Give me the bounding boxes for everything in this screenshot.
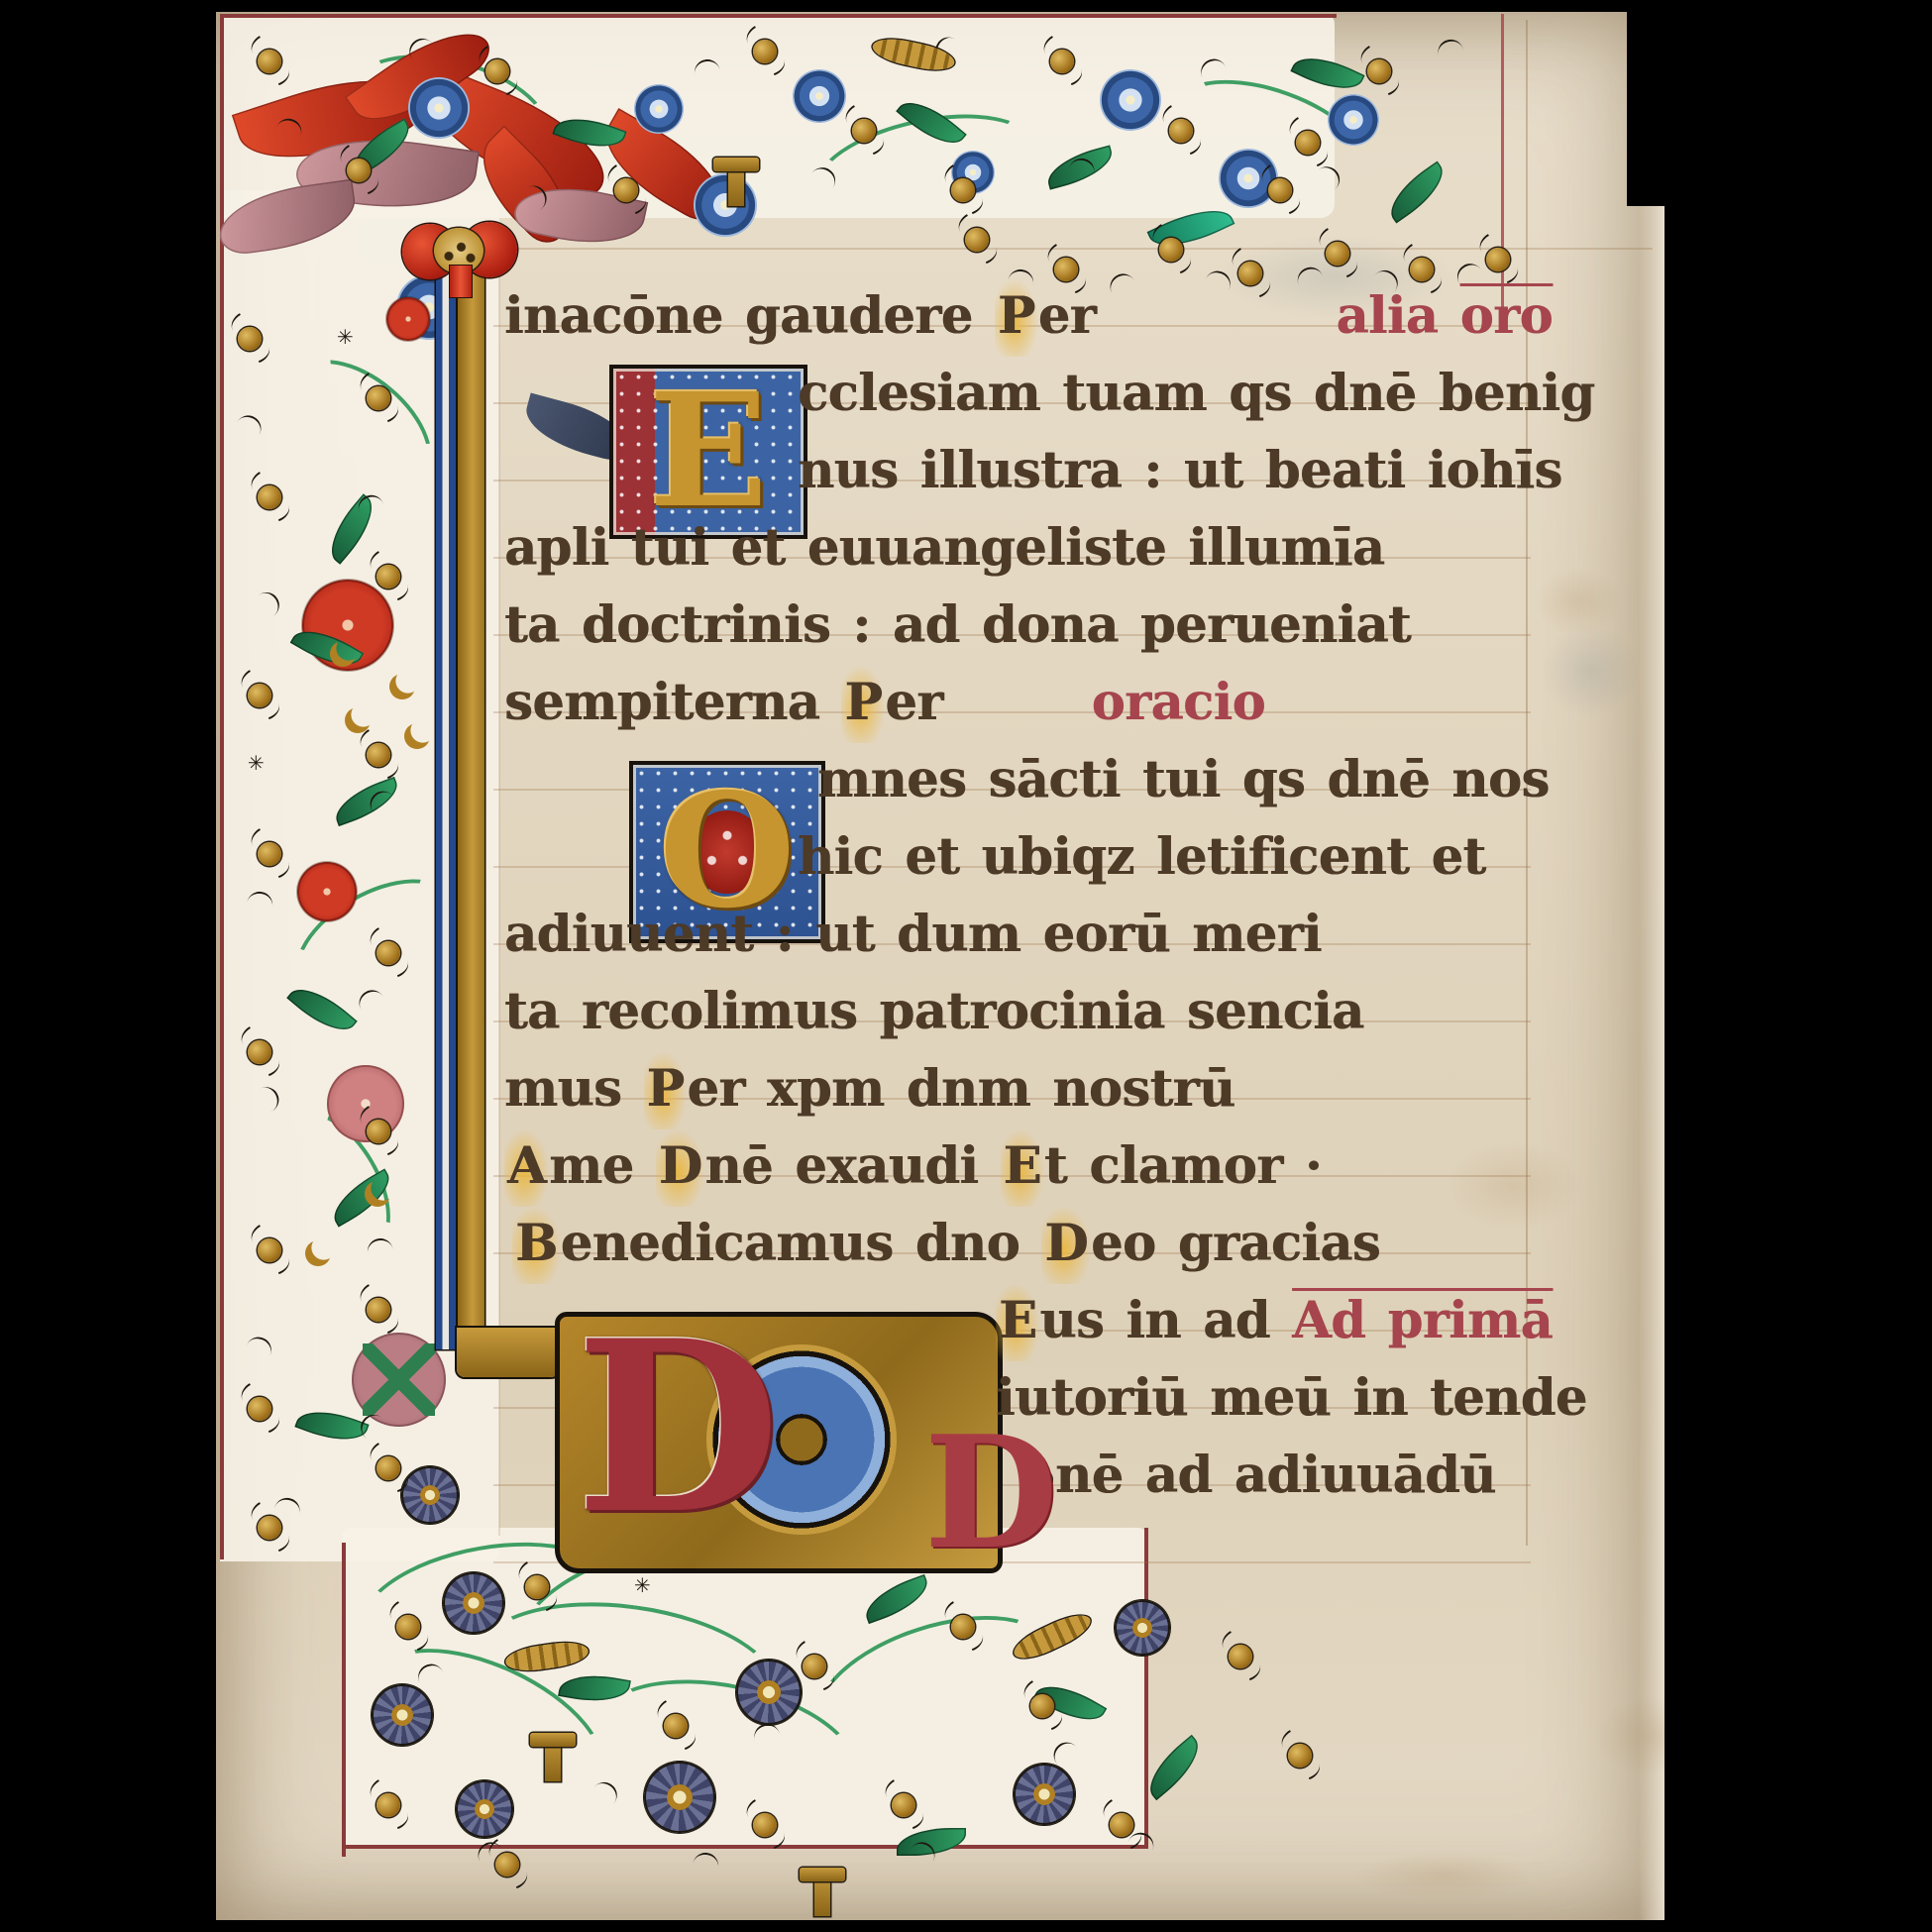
decoration-fv bbox=[644, 1762, 715, 1833]
latin-text: mnes sācti tui qs dnē nos bbox=[817, 743, 1550, 820]
border-frame-line-bottom-right bbox=[1144, 1528, 1148, 1849]
text-line: iutoriū meū in tende bbox=[500, 1361, 1553, 1439]
decoration-cu bbox=[693, 1851, 720, 1871]
decoration-sn bbox=[1593, 1696, 1664, 1775]
text-line: Benedicamus dno Deo gracias bbox=[500, 1207, 1553, 1284]
decoration-bz bbox=[753, 1813, 777, 1837]
decoration-bz bbox=[1288, 1744, 1312, 1768]
decoration-bz bbox=[367, 1120, 390, 1143]
decoration-ta bbox=[545, 1736, 561, 1781]
decoration-bz bbox=[485, 59, 509, 83]
decoration-bz bbox=[1296, 131, 1320, 155]
latin-text: nē exaudi bbox=[704, 1129, 1000, 1207]
latin-text: iutoriū meū in tende bbox=[996, 1361, 1587, 1439]
text-line: Eus in adAd primā bbox=[500, 1284, 1553, 1361]
latin-text: D bbox=[1041, 1207, 1091, 1284]
text-line: mus Per xpm dnm nostrū bbox=[500, 1052, 1553, 1129]
decoration-bz bbox=[258, 1516, 281, 1540]
latin-text: A bbox=[504, 1129, 549, 1207]
decoration-cr bbox=[330, 641, 356, 667]
decoration-cr bbox=[404, 723, 430, 749]
text-line: hic et ubiqz letificent et bbox=[500, 820, 1553, 898]
cup-stem bbox=[450, 266, 472, 297]
decoration-bz bbox=[1159, 238, 1183, 262]
latin-text: E bbox=[1001, 1129, 1044, 1207]
decoration-fv bbox=[1014, 1764, 1075, 1825]
decoration-bz bbox=[525, 1575, 549, 1599]
latin-text: mus bbox=[504, 1052, 644, 1129]
latin-text: er xpm dnm nostrū bbox=[687, 1052, 1234, 1129]
rubric-text: oro bbox=[1460, 279, 1553, 357]
decoration-bz bbox=[1054, 258, 1078, 281]
text-line: nē ad adiuuādū bbox=[500, 1439, 1553, 1516]
decoration-sn bbox=[1355, 1851, 1534, 1900]
decoration-bz bbox=[614, 178, 638, 202]
latin-text: eo gracias bbox=[1091, 1207, 1380, 1284]
decoration-bz bbox=[376, 1793, 400, 1817]
latin-text: B bbox=[512, 1207, 561, 1284]
text-line: nus illustra : ut beati iohīs bbox=[500, 434, 1553, 511]
decoration-ta bbox=[814, 1871, 830, 1916]
decoration-fv bbox=[401, 1466, 459, 1524]
latin-text: nus illustra : ut beati iohīs bbox=[798, 434, 1562, 511]
decoration-bz bbox=[258, 50, 281, 73]
text-line: adiuuent : ut dum eorū meri bbox=[500, 898, 1553, 975]
latin-text: ta recolimus patrocinia sencia bbox=[504, 975, 1364, 1052]
decoration-fb bbox=[408, 77, 470, 139]
decoration-bz bbox=[1229, 1645, 1252, 1668]
decoration-fm bbox=[352, 1333, 446, 1427]
latin-text: enedicamus dno bbox=[561, 1207, 1042, 1284]
decoration-bz bbox=[852, 119, 876, 143]
decoration-bz bbox=[1486, 248, 1510, 271]
decoration-fr bbox=[386, 297, 430, 341]
decoration-fv bbox=[1115, 1600, 1170, 1656]
decoration-fb bbox=[1328, 94, 1379, 146]
latin-text: nē ad adiuuādū bbox=[1055, 1439, 1496, 1516]
text-line: mnes sācti tui qs dnē nos bbox=[500, 743, 1553, 820]
text-line: ta recolimus patrocinia sencia bbox=[500, 975, 1553, 1052]
decoration-st: ✳ bbox=[634, 1575, 651, 1595]
decoration-bz bbox=[803, 1655, 826, 1678]
latin-text: P bbox=[841, 666, 885, 743]
decoration-ta bbox=[728, 161, 744, 206]
latin-text: adiuuent : ut dum eorū meri bbox=[504, 898, 1322, 975]
decoration-st: ✳ bbox=[248, 753, 265, 773]
decoration-bz bbox=[258, 842, 281, 866]
latin-text: er bbox=[885, 666, 942, 743]
decoration-bz bbox=[248, 1397, 271, 1421]
latin-text: t clamor · bbox=[1044, 1129, 1322, 1207]
decoration-bz bbox=[495, 1853, 519, 1877]
rubric-text: oracio bbox=[1092, 666, 1265, 743]
decoration-cr bbox=[305, 1240, 331, 1266]
latin-text: inacōne gaudere bbox=[504, 279, 995, 357]
decoration-bz bbox=[258, 1238, 281, 1262]
decoration-fv bbox=[372, 1684, 433, 1746]
rubric-text: Ad primā bbox=[1292, 1284, 1553, 1361]
border-frame-line-bottom bbox=[342, 1845, 1148, 1849]
text-line: apli tui et euuangeliste illumīa bbox=[500, 511, 1553, 589]
latin-text: hic et ubiqz letificent et bbox=[798, 820, 1485, 898]
manuscript-scan: E O D D ✳✳✳inacōne gaudere Peralia orocc… bbox=[0, 0, 1932, 1932]
latin-text: apli tui et euuangeliste illumīa bbox=[504, 511, 1384, 589]
decoration-sm bbox=[1541, 624, 1640, 718]
decoration-fp bbox=[327, 1065, 404, 1142]
decoration-bz bbox=[258, 485, 281, 509]
decoration-bz bbox=[1326, 242, 1349, 266]
latin-text: P bbox=[644, 1052, 688, 1129]
decoration-bz bbox=[892, 1793, 915, 1817]
decoration-bz bbox=[1367, 59, 1391, 83]
border-bar-gold-stripe bbox=[458, 256, 484, 1351]
latin-text: ta doctrinis : ad dona perueniat bbox=[504, 589, 1411, 666]
decoration-bz bbox=[367, 386, 390, 410]
latin-text: E bbox=[996, 1284, 1039, 1361]
latin-text: me bbox=[549, 1129, 656, 1207]
decoration-bz bbox=[396, 1615, 420, 1639]
photo-corner-notch bbox=[1627, 12, 1664, 206]
decoration-bz bbox=[753, 40, 777, 63]
decoration-bz bbox=[367, 743, 390, 767]
border-bar-blue-stripe bbox=[436, 256, 456, 1349]
decoration-bz bbox=[376, 565, 400, 589]
decoration-bz bbox=[248, 1040, 271, 1064]
decoration-bz bbox=[376, 941, 400, 965]
latin-text: P bbox=[995, 279, 1038, 357]
rubric-text: alia bbox=[1336, 279, 1459, 357]
text-line: ta doctrinis : ad dona perueniat bbox=[500, 589, 1553, 666]
decoration-bz bbox=[951, 1615, 975, 1639]
decoration-lf bbox=[1380, 161, 1452, 223]
decoration-bz bbox=[367, 1298, 390, 1322]
text-line: inacōne gaudere Peralia oro bbox=[500, 279, 1660, 357]
decoration-fv bbox=[443, 1572, 504, 1634]
latin-text: er bbox=[1038, 279, 1096, 357]
decoration-bz bbox=[248, 684, 271, 707]
decoration-bz bbox=[664, 1714, 688, 1738]
text-line: sempiterna Peroracio bbox=[500, 666, 1553, 743]
decoration-bz bbox=[951, 178, 975, 202]
latin-text: cclesiam tuam qs dnē benig bbox=[798, 357, 1594, 434]
decoration-cr bbox=[389, 674, 415, 699]
decoration-cr bbox=[345, 707, 371, 733]
decoration-bz bbox=[376, 1456, 400, 1480]
decoration-bz bbox=[1050, 50, 1074, 73]
decoration-fb bbox=[1100, 69, 1161, 131]
text-line: cclesiam tuam qs dnē benig bbox=[500, 357, 1553, 434]
decoration-fb bbox=[634, 84, 684, 134]
decoration-bz bbox=[965, 228, 989, 252]
decoration-fv bbox=[456, 1780, 513, 1838]
decoration-fv bbox=[736, 1660, 802, 1725]
decoration-bz bbox=[238, 327, 262, 351]
decoration-fr bbox=[297, 862, 357, 921]
decoration-bz bbox=[1410, 258, 1434, 281]
decoration-bz bbox=[1169, 119, 1193, 143]
border-frame-line-bottom-left bbox=[342, 1543, 346, 1857]
latin-text: us in ad bbox=[1039, 1284, 1269, 1361]
decoration-bz bbox=[1030, 1694, 1054, 1718]
text-line: Ame Dnē exaudi Et clamor · bbox=[500, 1129, 1553, 1207]
decoration-fb bbox=[694, 173, 757, 237]
decoration-bz bbox=[1110, 1813, 1133, 1837]
latin-text: D bbox=[656, 1129, 705, 1207]
decoration-lf bbox=[1138, 1735, 1210, 1800]
decoration-bz bbox=[1268, 178, 1292, 202]
decoration-fb bbox=[793, 69, 846, 123]
decoration-cu bbox=[1435, 37, 1463, 58]
decoration-cr bbox=[365, 1181, 390, 1207]
decoration-bz bbox=[347, 159, 371, 182]
latin-text: sempiterna bbox=[504, 666, 841, 743]
decoration-st: ✳ bbox=[337, 327, 354, 347]
parchment-page: E O D D ✳✳✳inacōne gaudere Peralia orocc… bbox=[216, 12, 1664, 1920]
border-frame-line-top bbox=[220, 14, 1337, 18]
